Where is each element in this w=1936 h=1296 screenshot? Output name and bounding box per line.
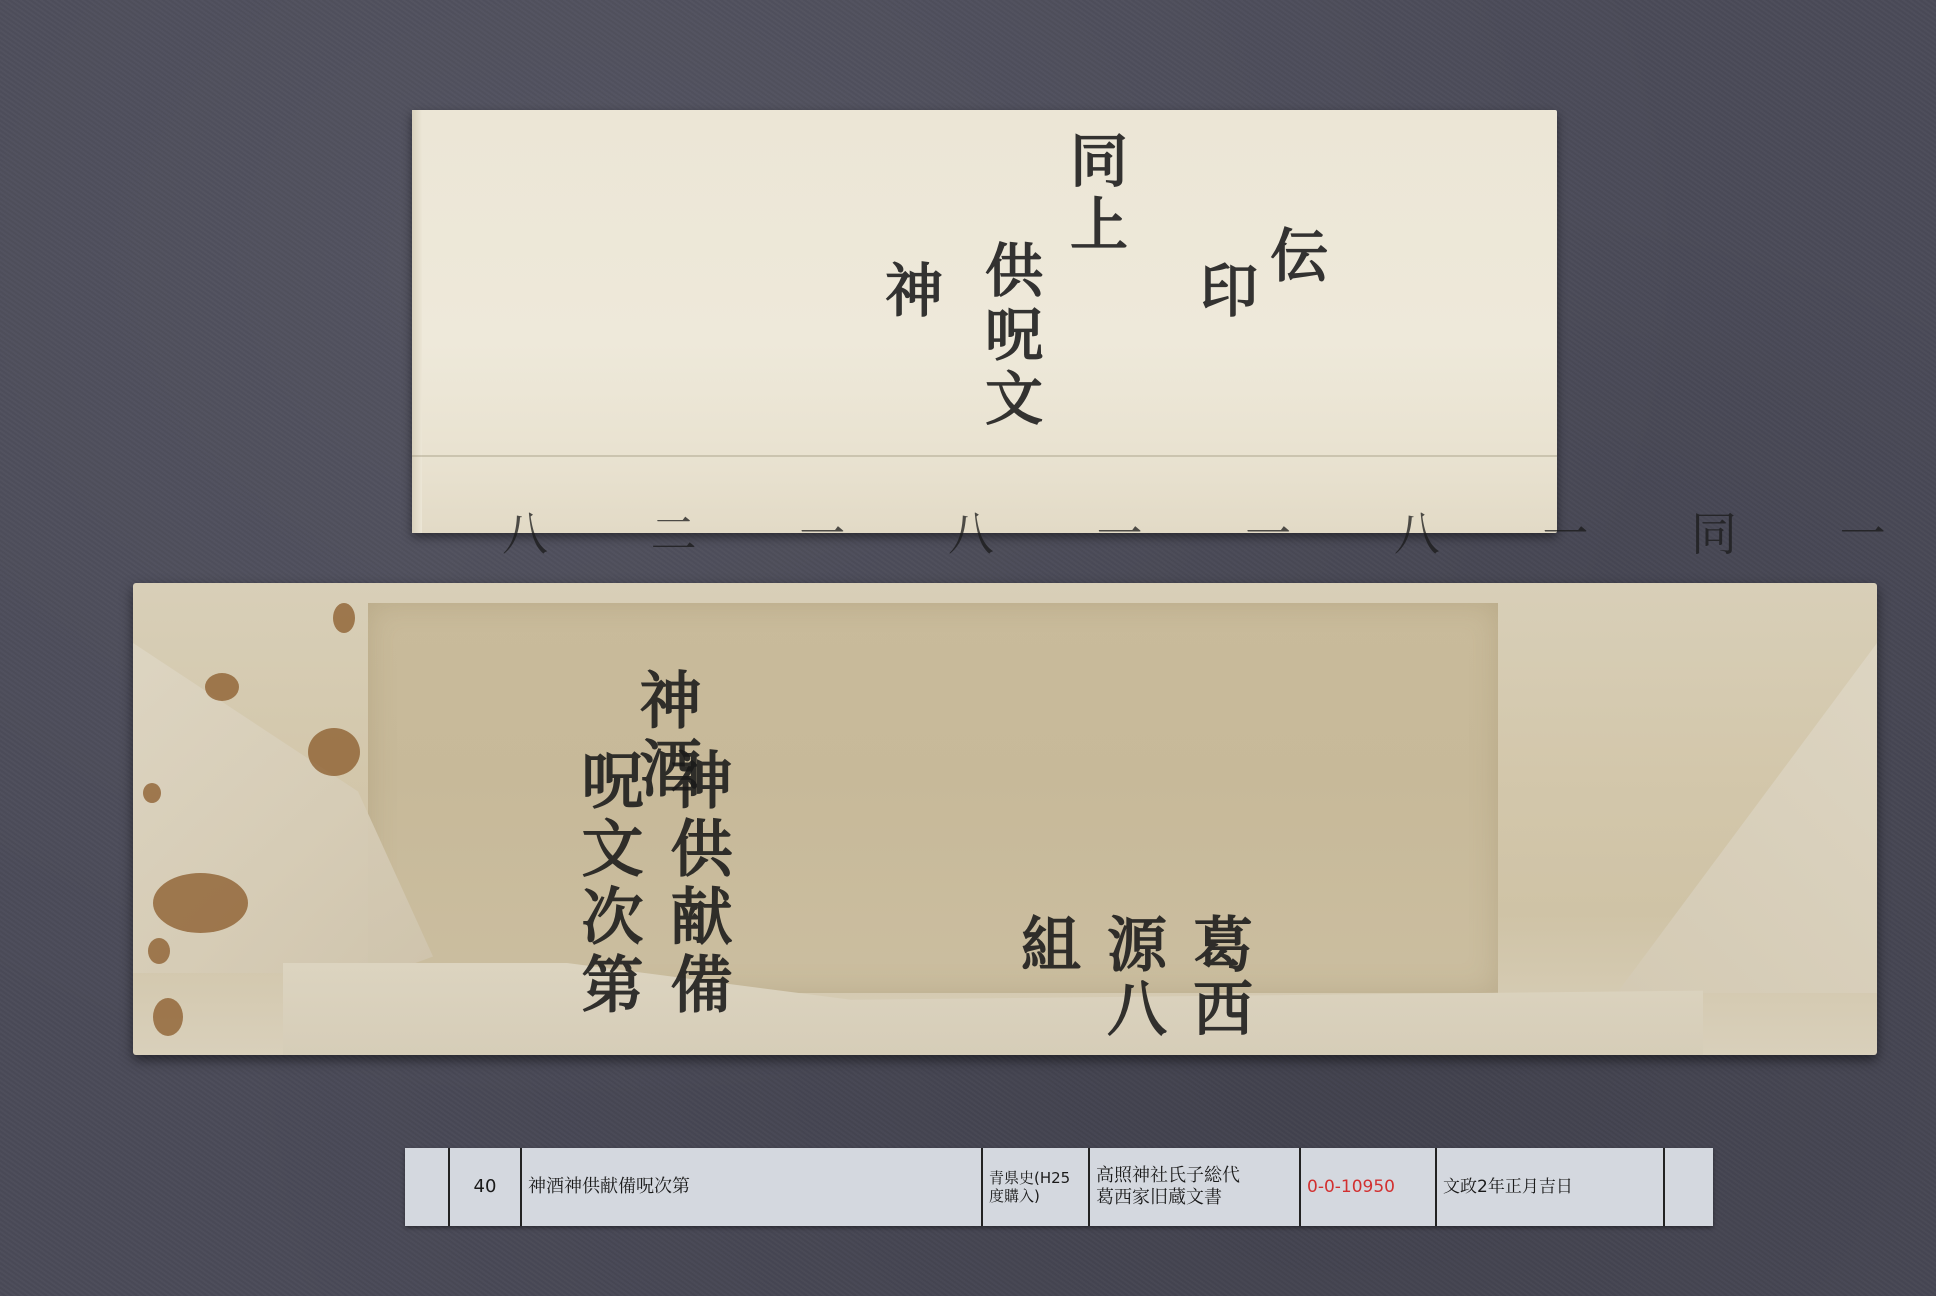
label-source-line: 度購入)	[989, 1187, 1040, 1205]
folded-document-top: 同上 神 供呪文 印 伝 八 二 一 八 一 一 八 一 同 一	[412, 110, 1557, 533]
label-item-number: 40	[450, 1148, 522, 1226]
label-date: 文政2年正月吉日	[1437, 1148, 1665, 1226]
stain	[333, 603, 355, 633]
wrapper-face	[368, 603, 1498, 993]
label-source: 青県史(H25 度購入)	[983, 1148, 1090, 1226]
wrapper-flap-right	[1617, 643, 1877, 993]
stain	[205, 673, 239, 701]
label-catalog-id: 0-0-10950	[1301, 1148, 1437, 1226]
label-title: 神酒神供献備呪次第	[522, 1148, 983, 1226]
label-collection: 高照神社氏子総代 葛西家旧蔵文書	[1090, 1148, 1301, 1226]
calligraphy-column: 供呪文	[967, 240, 1051, 432]
paper-layer-edge	[412, 110, 422, 533]
stain	[308, 728, 360, 776]
label-blank-cell	[405, 1148, 450, 1226]
catalog-label: 40 神酒神供献備呪次第 青県史(H25 度購入) 高照神社氏子総代 葛西家旧蔵…	[405, 1148, 1713, 1226]
stain	[143, 783, 161, 803]
label-source-line: 青県史(H25	[989, 1169, 1070, 1187]
calligraphy-column: 伝	[1252, 225, 1336, 289]
calligraphy-column: 同上	[1052, 130, 1136, 258]
calligraphy-column: 葛西源八組	[1003, 913, 1261, 1055]
stain	[153, 998, 183, 1036]
stain	[153, 873, 248, 933]
bleed-through-text: 八 二 一 八 一 一 八 一 同 一	[502, 498, 1930, 564]
fold-line	[412, 455, 1557, 457]
wrapper-document: 神酒 神供献備呪文次第 葛西源八組	[133, 583, 1877, 1055]
calligraphy-column: 神供献備呪文次第	[563, 748, 741, 1055]
label-blank-cell	[1665, 1148, 1713, 1226]
stain	[148, 938, 170, 964]
label-collection-line: 葛西家旧蔵文書	[1096, 1187, 1222, 1209]
calligraphy-column: 神	[867, 260, 951, 324]
label-collection-line: 高照神社氏子総代	[1096, 1165, 1240, 1187]
archival-photo: 同上 神 供呪文 印 伝 八 二 一 八 一 一 八 一 同 一 神酒 神供献備…	[0, 0, 1936, 1296]
